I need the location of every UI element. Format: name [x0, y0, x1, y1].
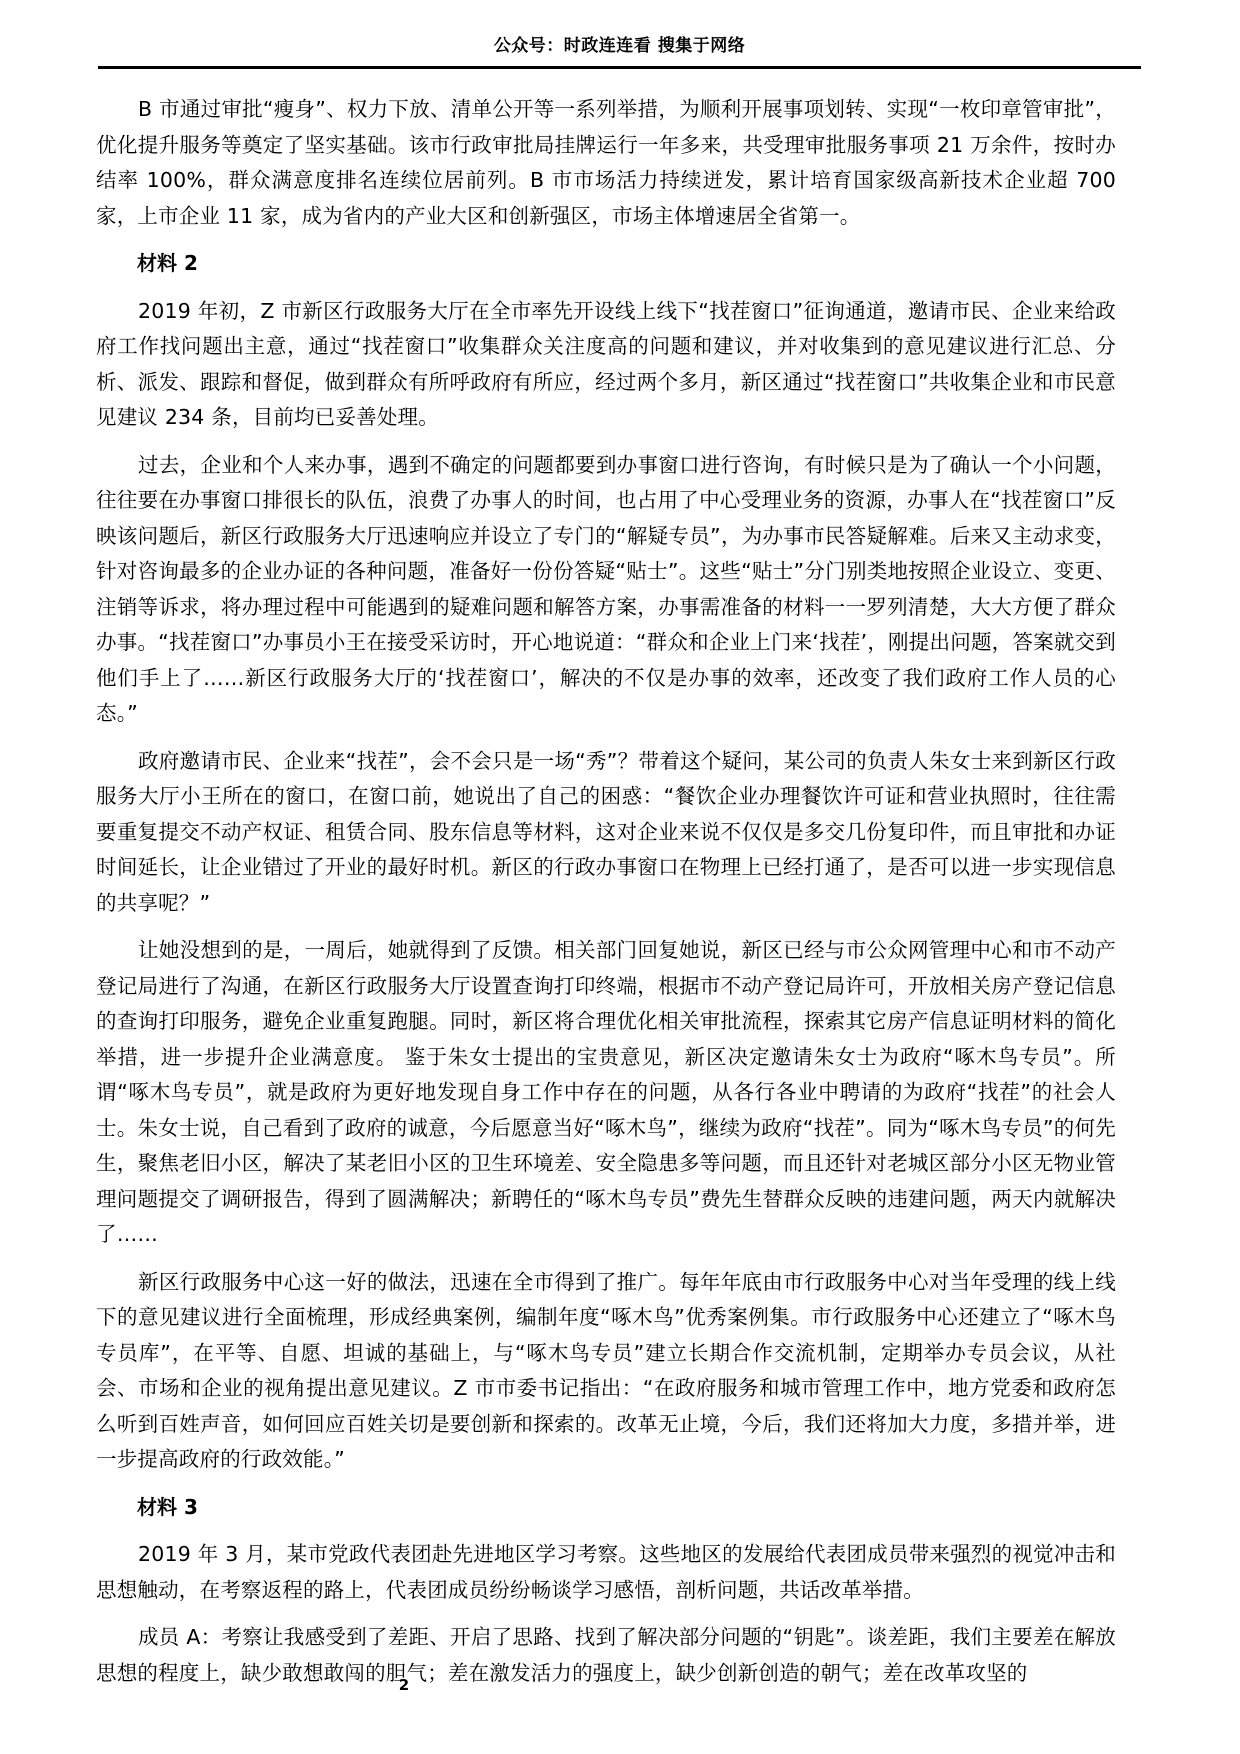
- paragraph-material-3-intro: 2019 年 3 月，某市党政代表团赴先进地区学习考察。这些地区的发展给代表团成…: [96, 1537, 1116, 1608]
- page-number: 2: [384, 1676, 424, 1694]
- header-divider: [98, 66, 1141, 69]
- document-body: B 市通过审批“瘦身”、权力下放、清单公开等一系列举措，为顺利开展事项划转、实现…: [96, 92, 1116, 1703]
- paragraph-material-2-promotion: 新区行政服务中心这一好的做法，迅速在全市得到了推广。每年年底由市行政服务中心对当…: [96, 1265, 1116, 1478]
- section-title-material-2: 材料 2: [96, 246, 1116, 282]
- paragraph-material-2-past: 过去，企业和个人来办事，遇到不确定的问题都要到办事窗口进行咨询，有时候只是为了确…: [96, 448, 1116, 732]
- paragraph-material-2-intro: 2019 年初，Z 市新区行政服务大厅在全市率先开设线上线下“找茬窗口”征询通道…: [96, 294, 1116, 436]
- section-title-material-3: 材料 3: [96, 1490, 1116, 1526]
- paragraph-material-2-feedback: 让她没想到的是，一周后，她就得到了反馈。相关部门回复她说，新区已经与市公众网管理…: [96, 933, 1116, 1253]
- paragraph-material-3-member-a: 成员 A：考察让我感受到了差距、开启了思路、找到了解决部分问题的“钥匙”。谈差距…: [96, 1620, 1116, 1691]
- paragraph-material-2-ms-zhu: 政府邀请市民、企业来“找茬”，会不会只是一场“秀”？带着这个疑问，某公司的负责人…: [96, 744, 1116, 922]
- paragraph-b-city: B 市通过审批“瘦身”、权力下放、清单公开等一系列举措，为顺利开展事项划转、实现…: [96, 92, 1116, 234]
- page-header-title: 公众号：时政连连看 搜集于网络: [98, 34, 1141, 58]
